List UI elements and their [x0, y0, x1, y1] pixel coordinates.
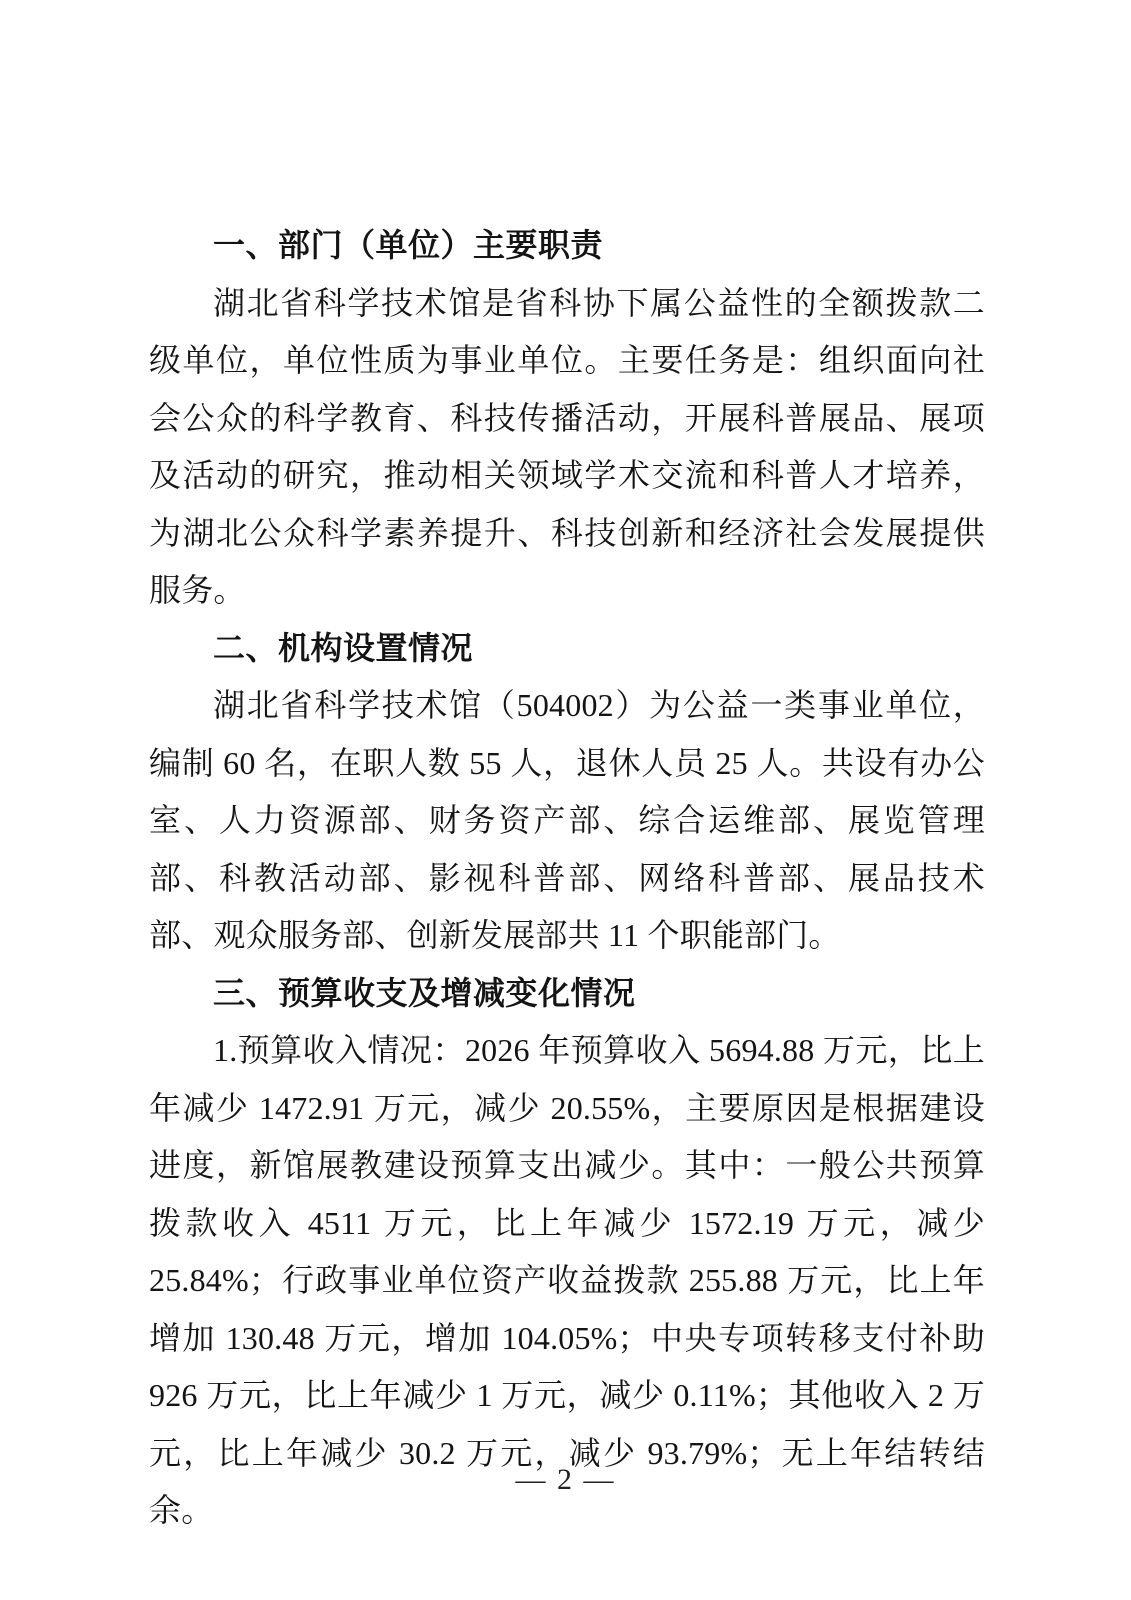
- section-main-duties-heading: 一、部门（单位）主要职责: [149, 217, 985, 275]
- document-body: 一、部门（单位）主要职责 湖北省科学技术馆是省科协下属公益性的全额拨款二级单位，…: [149, 217, 985, 1540]
- page-footer: — 2 —: [0, 1462, 1131, 1498]
- section-main-duties-paragraph: 湖北省科学技术馆是省科协下属公益性的全额拨款二级单位，单位性质为事业单位。主要任…: [149, 275, 985, 620]
- page-number: — 2 —: [516, 1463, 616, 1496]
- section-organization-setup: 二、机构设置情况 湖北省科学技术馆（504002）为公益一类事业单位，编制 60…: [149, 620, 985, 965]
- section-organization-setup-paragraph: 湖北省科学技术馆（504002）为公益一类事业单位，编制 60 名，在职人数 5…: [149, 677, 985, 965]
- section-main-duties: 一、部门（单位）主要职责 湖北省科学技术馆是省科协下属公益性的全额拨款二级单位，…: [149, 217, 985, 620]
- section-budget-changes: 三、预算收支及增减变化情况 1.预算收入情况：2026 年预算收入 5694.8…: [149, 965, 985, 1540]
- section-organization-setup-heading: 二、机构设置情况: [149, 620, 985, 678]
- section-budget-changes-heading: 三、预算收支及增减变化情况: [149, 965, 985, 1023]
- document-page: 一、部门（单位）主要职责 湖北省科学技术馆是省科协下属公益性的全额拨款二级单位，…: [0, 0, 1131, 1600]
